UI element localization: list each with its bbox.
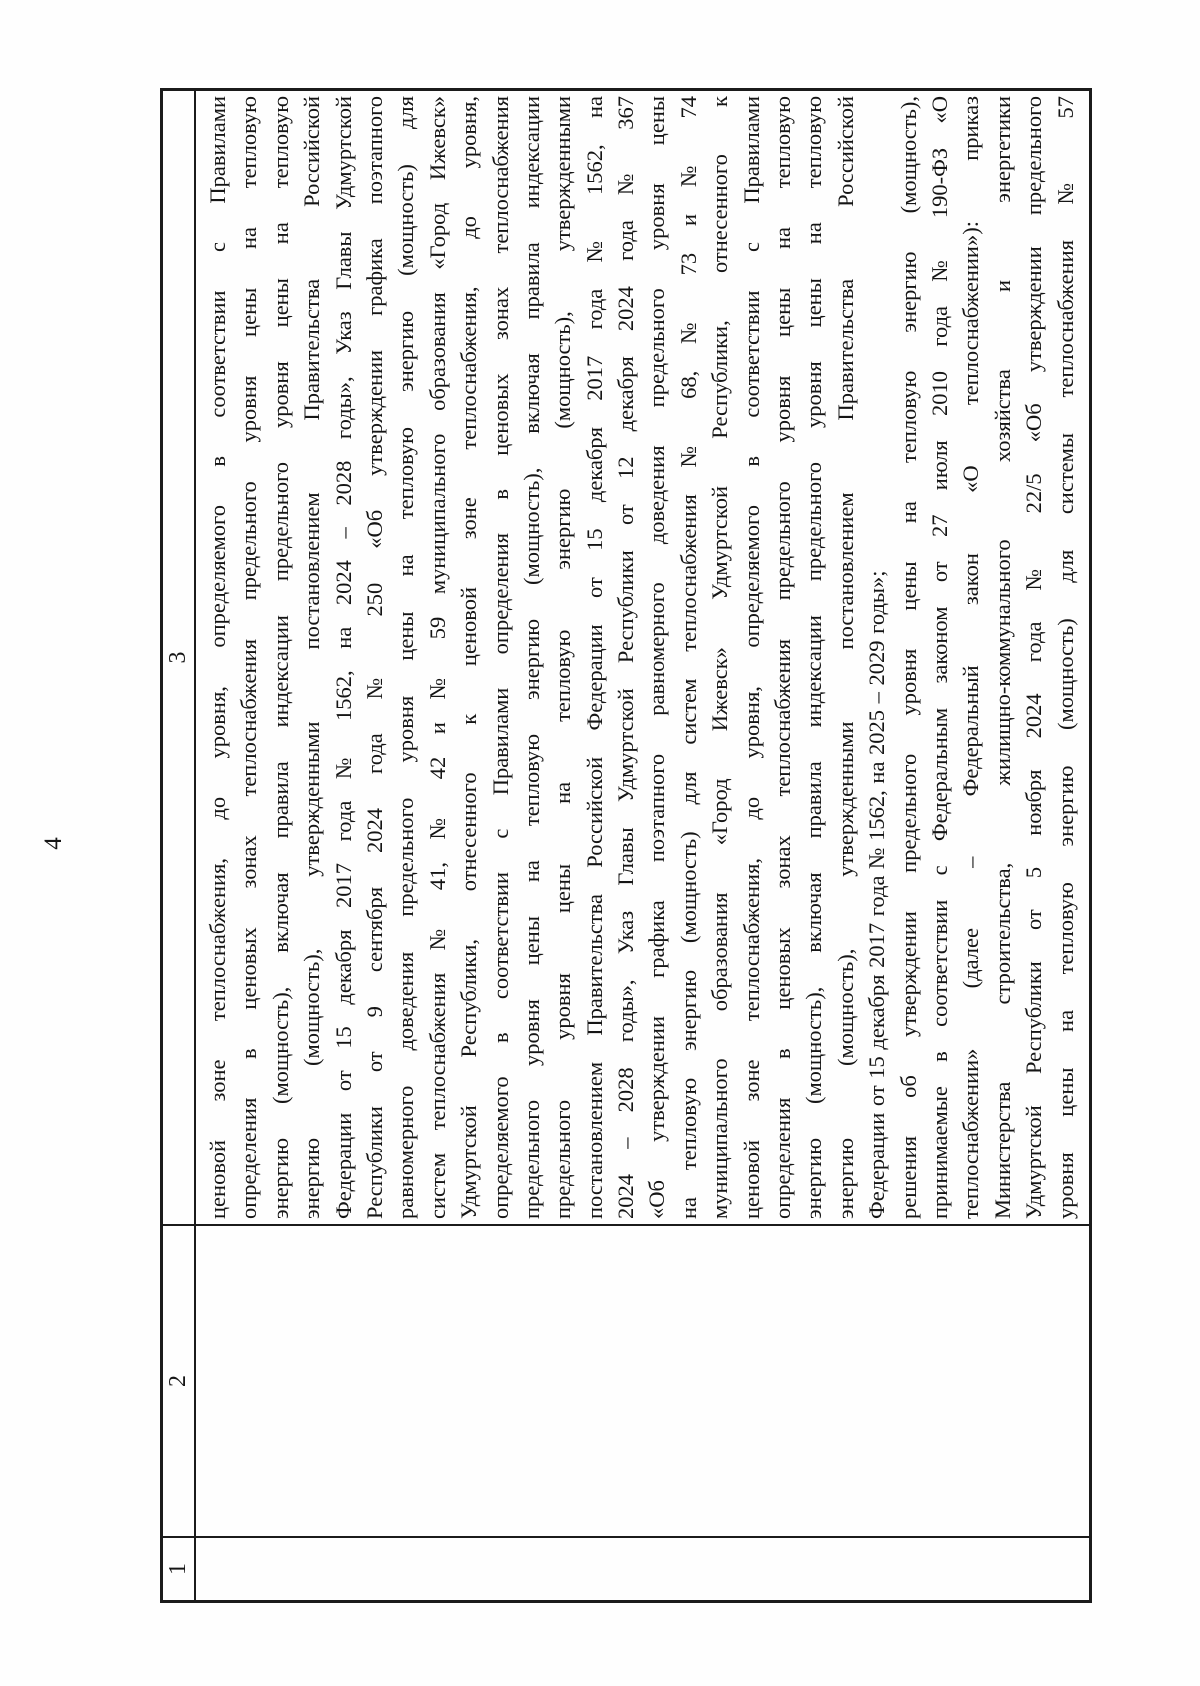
text-line: Удмуртской Республики, отнесенного к цен… xyxy=(453,96,484,1219)
table-header-cell-3: 3 xyxy=(163,91,196,1224)
text-line: принимаемые в соответствии с Федеральным… xyxy=(924,96,955,1219)
text-line: энергию (мощность), включая правила инде… xyxy=(798,96,829,1219)
page-number: 4 xyxy=(40,0,68,1686)
text-line: энергию (мощность), утвержденными постан… xyxy=(296,96,327,1219)
rotated-page-content: 4 1 2 3 ценовой зоне теплоснабжения, до … xyxy=(0,0,1200,1686)
text-line: определения в ценовых зонах теплоснабжен… xyxy=(767,96,798,1219)
text-line: ценовой зоне теплоснабжения, до уровня, … xyxy=(202,96,233,1219)
text-line: теплоснабжении» (далее – Федеральный зак… xyxy=(955,96,986,1219)
table-header-cell-2: 2 xyxy=(163,1224,196,1536)
text-line: «Об утверждении графика поэтапного равно… xyxy=(641,96,672,1219)
document-table: 1 2 3 ценовой зоне теплоснабжения, до ур… xyxy=(160,88,1092,1603)
text-line: решения об утверждении предельного уровн… xyxy=(893,96,924,1219)
text-line: равномерного доведения предельного уровн… xyxy=(390,96,421,1219)
table-cell-column-1 xyxy=(196,1536,1089,1600)
table-header-cell-1: 1 xyxy=(163,1536,196,1600)
text-line: энергию (мощность), включая правила инде… xyxy=(265,96,296,1219)
table-cell-column-2 xyxy=(196,1224,1089,1536)
text-line: Удмуртской Республики от 5 ноября 2024 г… xyxy=(1018,96,1049,1219)
text-line: систем теплоснабжения № 41, № 42 и № 59 … xyxy=(422,96,453,1219)
text-line: постановлением Правительства Российской … xyxy=(579,96,610,1219)
text-line: муниципального образования «Город Ижевск… xyxy=(704,96,735,1219)
text-line: определяемого в соответствии с Правилами… xyxy=(485,96,516,1219)
text-line: ценовой зоне теплоснабжения, до уровня, … xyxy=(736,96,767,1219)
text-line: энергию (мощность), утвержденными постан… xyxy=(830,96,861,1219)
text-lines: ценовой зоне теплоснабжения, до уровня, … xyxy=(202,96,1081,1219)
text-line: Министерства строительства, жилищно-комм… xyxy=(987,96,1018,1219)
text-line: 2024 – 2028 годы», Указ Главы Удмуртской… xyxy=(610,96,641,1219)
table-cell-column-3: ценовой зоне теплоснабжения, до уровня, … xyxy=(196,91,1089,1224)
text-line: определения в ценовых зонах теплоснабжен… xyxy=(233,96,264,1219)
text-line: уровня цены на тепловую энергию (мощност… xyxy=(1050,96,1081,1219)
text-line: Федерации от 15 декабря 2017 года № 1562… xyxy=(861,96,892,1219)
scanned-document-page: 4 1 2 3 ценовой зоне теплоснабжения, до … xyxy=(0,0,1200,1686)
text-line: на тепловую энергию (мощность) для систе… xyxy=(673,96,704,1219)
text-line: Республики от 9 сентября 2024 года № 250… xyxy=(359,96,390,1219)
text-line: предельного уровня цены на тепловую энер… xyxy=(547,96,578,1219)
text-line: Федерации от 15 декабря 2017 года № 1562… xyxy=(328,96,359,1219)
text-line: предельного уровня цены на тепловую энер… xyxy=(516,96,547,1219)
